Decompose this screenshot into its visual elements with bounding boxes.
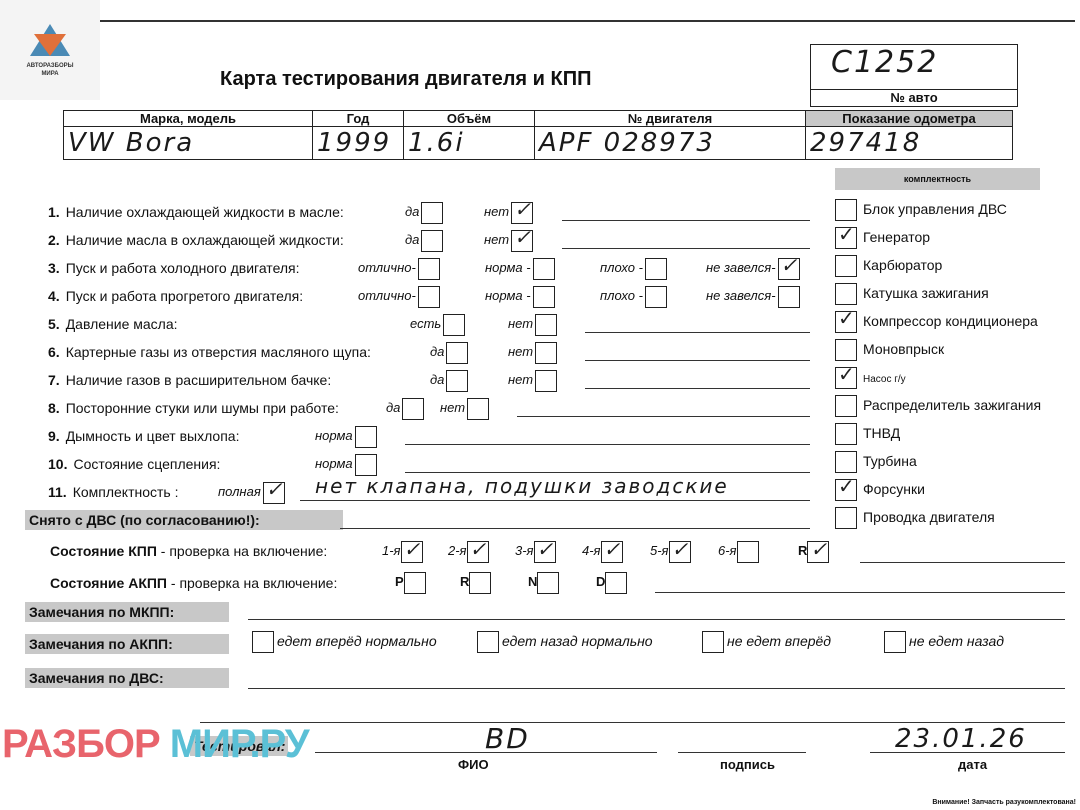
option-checkbox[interactable]: [446, 370, 468, 392]
col-make-model: Марка, модель: [64, 111, 313, 127]
odometer-value[interactable]: 297418: [806, 127, 1013, 160]
row-label: Состояние сцепления:: [73, 456, 220, 472]
completeness-checkbox[interactable]: [835, 227, 857, 249]
checklist-option: да: [405, 201, 443, 223]
auto-number-label: № авто: [811, 90, 1017, 106]
checklist-row: 1.Наличие охлаждающей жидкости в масле:: [48, 202, 344, 222]
row-number: 6.: [48, 344, 60, 360]
completeness-checkbox[interactable]: [835, 367, 857, 389]
completeness-header: комплектность: [835, 168, 1040, 190]
page-title: Карта тестирования двигателя и КПП: [220, 68, 591, 91]
option-checkbox[interactable]: [355, 426, 377, 448]
option-label: полная: [218, 484, 261, 499]
option-checkbox[interactable]: [645, 258, 667, 280]
option-label: нет: [440, 400, 465, 415]
completeness-label: Блок управления ДВС: [863, 201, 1007, 217]
option-checkbox[interactable]: [533, 286, 555, 308]
option-label: норма: [315, 428, 353, 443]
notes-line[interactable]: [300, 500, 810, 501]
option-checkbox[interactable]: [402, 398, 424, 420]
gear-checkbox[interactable]: [469, 572, 491, 594]
row-label: Дымность и цвет выхлопа:: [66, 428, 240, 444]
option-checkbox[interactable]: [263, 482, 285, 504]
auto-gearbox-notes-line[interactable]: [655, 592, 1065, 593]
option-label: да: [430, 344, 444, 359]
option-label: да: [386, 400, 400, 415]
checklist-option: отлично-: [358, 257, 440, 279]
checklist-row: 5.Давление масла:: [48, 314, 178, 334]
gear-label: R: [798, 543, 807, 558]
gear-checkbox[interactable]: [537, 572, 559, 594]
option-checkbox[interactable]: [511, 202, 533, 224]
checklist-option: норма -: [485, 257, 555, 279]
remarks-mkpp-line[interactable]: [248, 619, 1065, 620]
option-checkbox[interactable]: [418, 258, 440, 280]
checklist-option: плохо -: [600, 285, 667, 307]
completeness-checkbox[interactable]: [835, 339, 857, 361]
completeness-label: Компрессор кондиционера: [863, 313, 1038, 329]
option-label: норма: [315, 456, 353, 471]
row-number: 2.: [48, 232, 60, 248]
akpp-option: не едет назад: [882, 630, 1004, 652]
manual-gearbox-label-rest: - проверка на включение:: [157, 543, 327, 559]
gear-label: 4-я: [582, 543, 601, 558]
auto-gear-option: R: [460, 570, 491, 594]
auto-gearbox-label-rest: - проверка на включение:: [167, 575, 337, 591]
watermark-part1: РАЗБОР: [2, 722, 160, 766]
footer-note: Внимание! Запчасть разукомплектована!: [932, 799, 1076, 806]
checklist-option: нет: [508, 341, 557, 363]
completeness-label: Генератор: [863, 229, 930, 245]
manual-gearbox-label: Состояние КПП: [50, 543, 157, 559]
notes-line[interactable]: [562, 248, 810, 249]
akpp-option: едет вперёд нормально: [250, 630, 437, 652]
date-label: дата: [958, 757, 987, 772]
akpp-option-checkbox[interactable]: [252, 631, 274, 653]
option-label: норма -: [485, 288, 531, 303]
completeness-item[interactable]: Моновпрыск: [835, 338, 944, 360]
gear-checkbox[interactable]: [404, 572, 426, 594]
row-number: 8.: [48, 400, 60, 416]
gear-label: 1-я: [382, 543, 401, 558]
akpp-option-checkbox[interactable]: [477, 631, 499, 653]
auto-gear-option: P: [395, 570, 426, 594]
date-value[interactable]: 23.01.26: [895, 724, 1027, 754]
option-label: да: [405, 204, 419, 219]
completeness-checkbox[interactable]: [835, 507, 857, 529]
row-label: Наличие газов в расширительном бачке:: [66, 372, 332, 388]
option-checkbox[interactable]: [446, 342, 468, 364]
signature-line[interactable]: [678, 752, 806, 753]
checklist-option: плохо -: [600, 257, 667, 279]
vehicle-info-table: Марка, модель Год Объём № двигателя Пока…: [63, 110, 1013, 160]
checklist-row: 9.Дымность и цвет выхлопа:: [48, 426, 239, 446]
logo-v-icon: [34, 34, 66, 56]
completeness-label: Катушка зажигания: [863, 285, 989, 301]
make-model-value[interactable]: VW Bora: [64, 127, 313, 160]
notes-line[interactable]: [517, 416, 810, 417]
completeness-checkbox[interactable]: [835, 311, 857, 333]
gear-label: 3-я: [515, 543, 534, 558]
checklist-row: 11.Комплектность :: [48, 482, 179, 502]
row-number: 9.: [48, 428, 60, 444]
gear-checkbox[interactable]: [467, 541, 489, 563]
row-label: Пуск и работа холодного двигателя:: [66, 260, 300, 276]
completeness-item[interactable]: Турбина: [835, 450, 917, 472]
akpp-option-label: не едет назад: [909, 633, 1004, 649]
completeness-item[interactable]: Форсунки: [835, 478, 925, 500]
option-checkbox[interactable]: [535, 342, 557, 364]
completeness-checkbox[interactable]: [835, 283, 857, 305]
checklist-option: норма -: [485, 285, 555, 307]
notes-line[interactable]: [405, 472, 810, 473]
completeness-item[interactable]: Блок управления ДВС: [835, 198, 1007, 220]
removed-from-engine-label: Снято с ДВС (по согласованию!):: [25, 510, 343, 530]
manual-gear-option: 2-я: [448, 539, 489, 563]
completeness-item[interactable]: Проводка двигателя: [835, 506, 995, 528]
option-checkbox[interactable]: [467, 398, 489, 420]
row-number: 1.: [48, 204, 60, 220]
manual-gear-option: 3-я: [515, 539, 556, 563]
gear-checkbox[interactable]: [605, 572, 627, 594]
manual-gear-option: 5-я: [650, 539, 691, 563]
checklist-option: да: [405, 229, 443, 251]
notes-line[interactable]: [405, 444, 810, 445]
manual-gearbox-notes-line[interactable]: [860, 562, 1065, 563]
completeness-item[interactable]: Катушка зажигания: [835, 282, 989, 304]
option-checkbox[interactable]: [778, 286, 800, 308]
gear-checkbox[interactable]: [807, 541, 829, 563]
option-checkbox[interactable]: [535, 370, 557, 392]
gear-label: D: [596, 574, 605, 589]
option-label: плохо -: [600, 288, 643, 303]
akpp-option-checkbox[interactable]: [884, 631, 906, 653]
remarks-dvs-line[interactable]: [248, 688, 1065, 689]
option-checkbox[interactable]: [533, 258, 555, 280]
checklist-row: 4.Пуск и работа прогретого двигателя:: [48, 286, 303, 306]
remarks-dvs-label: Замечания по ДВС:: [25, 668, 229, 688]
option-label: нет: [484, 232, 509, 247]
completeness-label: Проводка двигателя: [863, 509, 995, 525]
option-label: нет: [484, 204, 509, 219]
checklist-option: да: [430, 341, 468, 363]
watermark: РАЗБОР МИР.РУ: [2, 722, 309, 767]
row-label: Посторонние стуки или шумы при работе:: [66, 400, 339, 416]
removed-from-engine-line[interactable]: [340, 528, 810, 529]
gear-checkbox[interactable]: [401, 541, 423, 563]
option-label: норма -: [485, 260, 531, 275]
checklist-option: нет: [508, 369, 557, 391]
option-checkbox[interactable]: [421, 230, 443, 252]
option-label: не завелся-: [706, 288, 776, 303]
option-label: есть: [410, 316, 441, 331]
remarks-akpp-label: Замечания по АКПП:: [25, 634, 229, 654]
row-label: Наличие масла в охлаждающей жидкости:: [66, 232, 344, 248]
engine-number-value[interactable]: APF 028973: [535, 127, 806, 160]
manual-gear-option: R: [798, 539, 829, 563]
manual-gear-option: 6-я: [718, 539, 759, 563]
checklist-row: 10.Состояние сцепления:: [48, 454, 220, 474]
completeness-checkbox[interactable]: [835, 451, 857, 473]
gear-checkbox[interactable]: [601, 541, 623, 563]
auto-gearbox-label: Состояние АКПП: [50, 575, 167, 591]
checklist-row: 8.Посторонние стуки или шумы при работе:: [48, 398, 339, 418]
remarks-mkpp-label: Замечания по МКПП:: [25, 602, 229, 622]
completeness-label: Насос г/у: [863, 374, 906, 385]
completeness-label: ТНВД: [863, 425, 900, 441]
option-label: не завелся-: [706, 260, 776, 275]
completeness-label: Моновпрыск: [863, 341, 944, 357]
fio-line: [315, 752, 657, 753]
notes-line[interactable]: [585, 388, 810, 389]
option-checkbox[interactable]: [535, 314, 557, 336]
logo-text-2: МИРА: [0, 70, 100, 78]
checklist-option: не завелся-: [706, 285, 800, 307]
gear-label: 6-я: [718, 543, 737, 558]
akpp-option-label: едет вперёд нормально: [277, 633, 437, 649]
checklist-option: нет: [508, 313, 557, 335]
gear-label: 2-я: [448, 543, 467, 558]
option-label: нет: [508, 372, 533, 387]
checklist-row: 3.Пуск и работа холодного двигателя:: [48, 258, 300, 278]
option-label: нет: [508, 344, 533, 359]
date-line: [870, 752, 1065, 753]
manual-gear-option: 4-я: [582, 539, 623, 563]
col-odometer: Показание одометра: [806, 111, 1013, 127]
option-label: отлично-: [358, 288, 416, 303]
row-number: 5.: [48, 316, 60, 332]
row-number: 7.: [48, 372, 60, 388]
akpp-option-label: едет назад нормально: [502, 633, 653, 649]
notes-line[interactable]: [585, 360, 810, 361]
completeness-item[interactable]: Генератор: [835, 226, 930, 248]
completeness-item[interactable]: ТНВД: [835, 422, 900, 444]
row-label: Наличие охлаждающей жидкости в масле:: [66, 204, 344, 220]
row-label: Комплектность :: [73, 484, 179, 500]
watermark-part2: МИР.РУ: [170, 722, 309, 766]
option-label: нет: [508, 316, 533, 331]
year-value[interactable]: 1999: [313, 127, 404, 160]
completeness-checkbox[interactable]: [835, 199, 857, 221]
signature-label: подпись: [720, 757, 775, 772]
option-label: да: [405, 232, 419, 247]
akpp-option: едет назад нормально: [475, 630, 653, 652]
completeness-checkbox[interactable]: [835, 255, 857, 277]
auto-gear-option: N: [528, 570, 559, 594]
row-number: 4.: [48, 288, 60, 304]
option-checkbox[interactable]: [443, 314, 465, 336]
completeness-checkbox[interactable]: [835, 395, 857, 417]
top-rule: [100, 20, 1075, 22]
checklist-option: полная: [218, 481, 285, 503]
option-checkbox[interactable]: [421, 202, 443, 224]
completeness-item[interactable]: Распределитель зажигания: [835, 394, 1041, 416]
notes-line[interactable]: [562, 220, 810, 221]
checklist-option: нет: [484, 201, 533, 223]
option-checkbox[interactable]: [355, 454, 377, 476]
auto-gear-option: D: [596, 570, 627, 594]
checklist-option: нет: [484, 229, 533, 251]
option-checkbox[interactable]: [778, 258, 800, 280]
checklist-option: норма: [315, 425, 377, 447]
row-label: Картерные газы из отверстия масляного щу…: [66, 344, 371, 360]
gear-label: N: [528, 574, 537, 589]
checklist-option: есть: [410, 313, 465, 335]
gear-checkbox[interactable]: [737, 541, 759, 563]
checklist-row: 7.Наличие газов в расширительном бачке:: [48, 370, 331, 390]
completeness-label: Распределитель зажигания: [863, 397, 1041, 413]
gear-label: 5-я: [650, 543, 669, 558]
checklist-option: нет: [440, 397, 489, 419]
option-label: плохо -: [600, 260, 643, 275]
option-checkbox[interactable]: [645, 286, 667, 308]
option-label: отлично-: [358, 260, 416, 275]
checklist-option: да: [386, 397, 424, 419]
option-checkbox[interactable]: [511, 230, 533, 252]
akpp-option-checkbox[interactable]: [702, 631, 724, 653]
row-number: 10.: [48, 456, 67, 472]
notes-line[interactable]: [585, 332, 810, 333]
checklist-option: норма: [315, 453, 377, 475]
auto-number-value[interactable]: C1252: [811, 45, 1017, 90]
logo-text: АВТОРАЗБОРЫ: [0, 62, 100, 70]
gear-label: R: [460, 574, 469, 589]
row-number: 11.: [48, 484, 67, 500]
volume-value[interactable]: 1.6i: [404, 127, 535, 160]
checklist-row: 2.Наличие масла в охлаждающей жидкости:: [48, 230, 344, 250]
gear-checkbox[interactable]: [669, 541, 691, 563]
checklist-option: отлично-: [358, 285, 440, 307]
completeness-checkbox[interactable]: [835, 479, 857, 501]
completeness-item[interactable]: Компрессор кондиционера: [835, 310, 1038, 332]
auto-number-box: C1252 № авто: [810, 44, 1018, 107]
completeness-label: Турбина: [863, 453, 917, 469]
completeness-label: Форсунки: [863, 481, 925, 497]
completeness-checkbox[interactable]: [835, 423, 857, 445]
fio-value[interactable]: BD: [485, 722, 530, 755]
option-checkbox[interactable]: [418, 286, 440, 308]
completeness-label: Карбюратор: [863, 257, 942, 273]
row-number: 3.: [48, 260, 60, 276]
completeness-note[interactable]: нет клапана, подушки заводские: [315, 474, 729, 498]
footer-rule: [200, 722, 1065, 723]
completeness-item[interactable]: Насос г/у: [835, 366, 906, 388]
company-logo: АВТОРАЗБОРЫМИРА: [0, 0, 100, 100]
checklist-option: да: [430, 369, 468, 391]
option-label: да: [430, 372, 444, 387]
checklist-row: 6.Картерные газы из отверстия масляного …: [48, 342, 371, 362]
fio-label: ФИО: [458, 757, 489, 772]
col-year: Год: [313, 111, 404, 127]
row-label: Пуск и работа прогретого двигателя:: [66, 288, 303, 304]
akpp-option-label: не едет вперёд: [727, 633, 831, 649]
gear-checkbox[interactable]: [534, 541, 556, 563]
col-engine-number: № двигателя: [535, 111, 806, 127]
col-volume: Объём: [404, 111, 535, 127]
checklist-option: не завелся-: [706, 257, 800, 279]
row-label: Давление масла:: [66, 316, 178, 332]
completeness-item[interactable]: Карбюратор: [835, 254, 942, 276]
akpp-option: не едет вперёд: [700, 630, 831, 652]
gear-label: P: [395, 574, 404, 589]
manual-gear-option: 1-я: [382, 539, 423, 563]
